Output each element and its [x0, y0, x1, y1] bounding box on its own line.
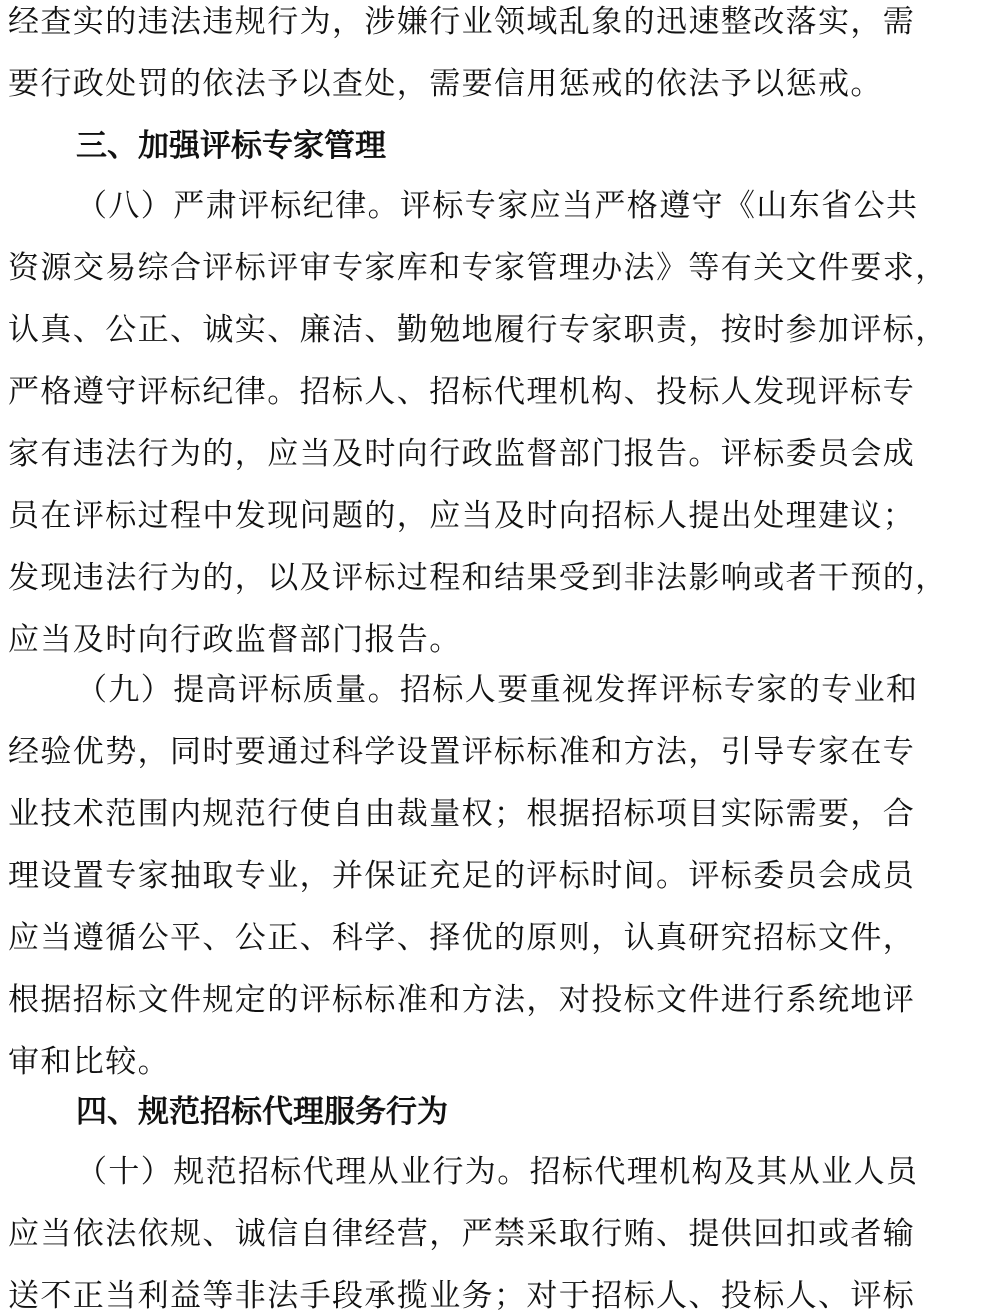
paragraph-line: 送不正当利益等非法手段承揽业务；对于招标人、投标人、评标 [8, 1276, 915, 1315]
paragraph-10-start: （十）规范招标代理从业行为。招标代理机构及其从业人员 [76, 1152, 918, 1192]
paragraph-line: 业技术范围内规范行使自由裁量权；根据招标项目实际需要，合 [8, 794, 915, 834]
paragraph-line: 严格遵守评标纪律。招标人、招标代理机构、投标人发现评标专 [8, 372, 915, 412]
paragraph-line: 认真、公正、诚实、廉洁、勤勉地履行专家职责，按时参加评标， [8, 310, 948, 350]
paragraph-line: 审和比较。 [8, 1042, 170, 1082]
paragraph-line: 家有违法行为的，应当及时向行政监督部门报告。评标委员会成 [8, 434, 915, 474]
paragraph-line: 应当及时向行政监督部门报告。 [8, 620, 462, 660]
section-heading-4: 四、规范招标代理服务行为 [76, 1092, 448, 1132]
section-heading-3: 三、加强评标专家管理 [76, 126, 386, 166]
paragraph-line: 发现违法行为的，以及评标过程和结果受到非法影响或者干预的， [8, 558, 948, 598]
paragraph-line: 理设置专家抽取专业，并保证充足的评标时间。评标委员会成员 [8, 856, 915, 896]
paragraph-line: 要行政处罚的依法予以查处，需要信用惩戒的依法予以惩戒。 [8, 64, 883, 104]
paragraph-line: 经查实的违法违规行为，涉嫌行业领域乱象的迅速整改落实，需 [8, 2, 915, 42]
paragraph-line: 资源交易综合评标评审专家库和专家管理办法》等有关文件要求， [8, 248, 948, 288]
paragraph-line: 经验优势，同时要通过科学设置评标标准和方法，引导专家在专 [8, 732, 915, 772]
paragraph-line: 根据招标文件规定的评标标准和方法，对投标文件进行系统地评 [8, 980, 915, 1020]
paragraph-line: 应当遵循公平、公正、科学、择优的原则，认真研究招标文件， [8, 918, 915, 958]
paragraph-8-start: （八）严肃评标纪律。评标专家应当严格遵守《山东省公共 [76, 186, 918, 226]
paragraph-9-start: （九）提高评标质量。招标人要重视发挥评标专家的专业和 [76, 670, 918, 710]
paragraph-line: 应当依法依规、诚信自律经营，严禁采取行贿、提供回扣或者输 [8, 1214, 915, 1254]
paragraph-line: 员在评标过程中发现问题的，应当及时向招标人提出处理建议； [8, 496, 915, 536]
